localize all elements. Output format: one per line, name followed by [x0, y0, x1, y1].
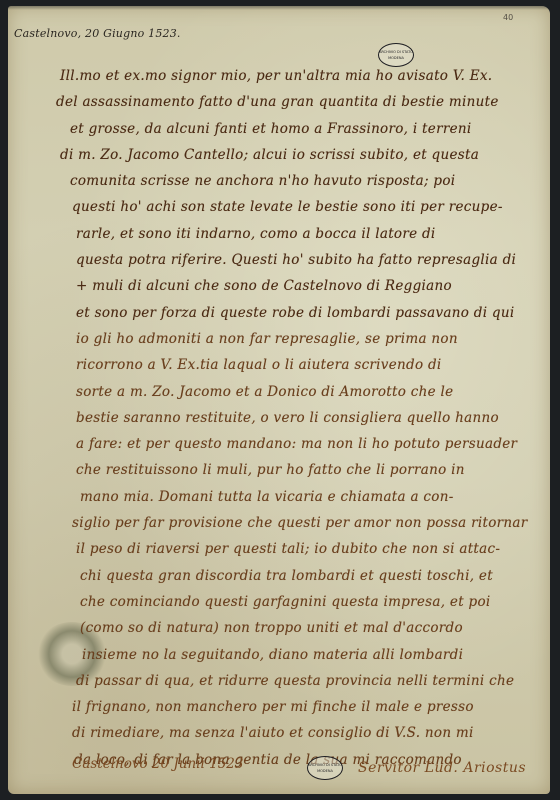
letter-line: il peso di riaversi per questi tali; io … — [60, 536, 540, 562]
letter-line: il frignano, non manchero per mi finche … — [60, 694, 540, 720]
signature: Servitor Lud. Ariostus — [358, 760, 526, 776]
letter-line: insieme no la seguitando, diano materia … — [60, 642, 540, 668]
letter-line: di m. Zo. Jacomo Cantello; alcui io scri… — [60, 142, 540, 168]
letter-line: mano mia. Domani tutta la vicaria e chia… — [60, 484, 540, 510]
letter-line: et grosse, da alcuni fanti et homo a Fra… — [60, 116, 540, 142]
letter-line: di passar di qua, et ridurre questa prov… — [60, 668, 540, 694]
stamp-label-bottom: MODENA — [388, 55, 404, 61]
letter-line: di rimediare, ma senza l'aiuto et consig… — [60, 720, 540, 746]
letter-line: a fare: et per questo mandano: ma non li… — [60, 431, 540, 457]
letter-line: questi ho' achi son state levate le best… — [60, 194, 540, 220]
letter-line: sorte a m. Zo. Jacomo et a Donico di Amo… — [60, 379, 540, 405]
letter-line: + muli di alcuni che sono de Castelnovo … — [60, 273, 540, 299]
letter-line: siglio per far provisione che questi per… — [60, 510, 540, 536]
letter-line: questa potra riferire. Questi ho' subito… — [60, 247, 540, 273]
letter-line: Ill.mo et ex.mo signor mio, per un'altra… — [60, 63, 540, 89]
letter-line: bestie saranno restituite, o vero li con… — [60, 405, 540, 431]
torn-edge — [8, 0, 550, 10]
letter-line: et sono per forza di queste robe di lomb… — [60, 300, 540, 326]
letter-line: rarle, et sono iti indarno, como a bocca… — [60, 221, 540, 247]
header-date: Castelnovo, 20 Giugno 1523. — [14, 27, 181, 40]
letter-line: ricorrono a V. Ex.tia laqual o li aiuter… — [60, 352, 540, 378]
letter-line: io gli ho admoniti a non far represaglie… — [60, 326, 540, 352]
letter-line: (como so di natura) non troppo uniti et … — [60, 615, 540, 641]
stamp-label-bottom: MODENA — [317, 768, 333, 774]
letter-line: che restituissono li muli, pur ho fatto … — [60, 457, 540, 483]
letter-line: del assassinamento fatto d'una gran quan… — [56, 89, 540, 115]
page-number: 40 — [503, 13, 513, 22]
letter-body: Ill.mo et ex.mo signor mio, per un'altra… — [60, 63, 540, 773]
letter-line: chi questa gran discordia tra lombardi e… — [60, 563, 540, 589]
archive-stamp-icon: ARCHIVIO DI STATO MODENA — [307, 756, 343, 780]
letter-line: che cominciando questi garfagnini questa… — [60, 589, 540, 615]
letter-line: comunita scrisse ne anchora n'ho havuto … — [60, 168, 540, 194]
closing-date: Castelnovo 20 Junii 1523 — [72, 756, 243, 772]
